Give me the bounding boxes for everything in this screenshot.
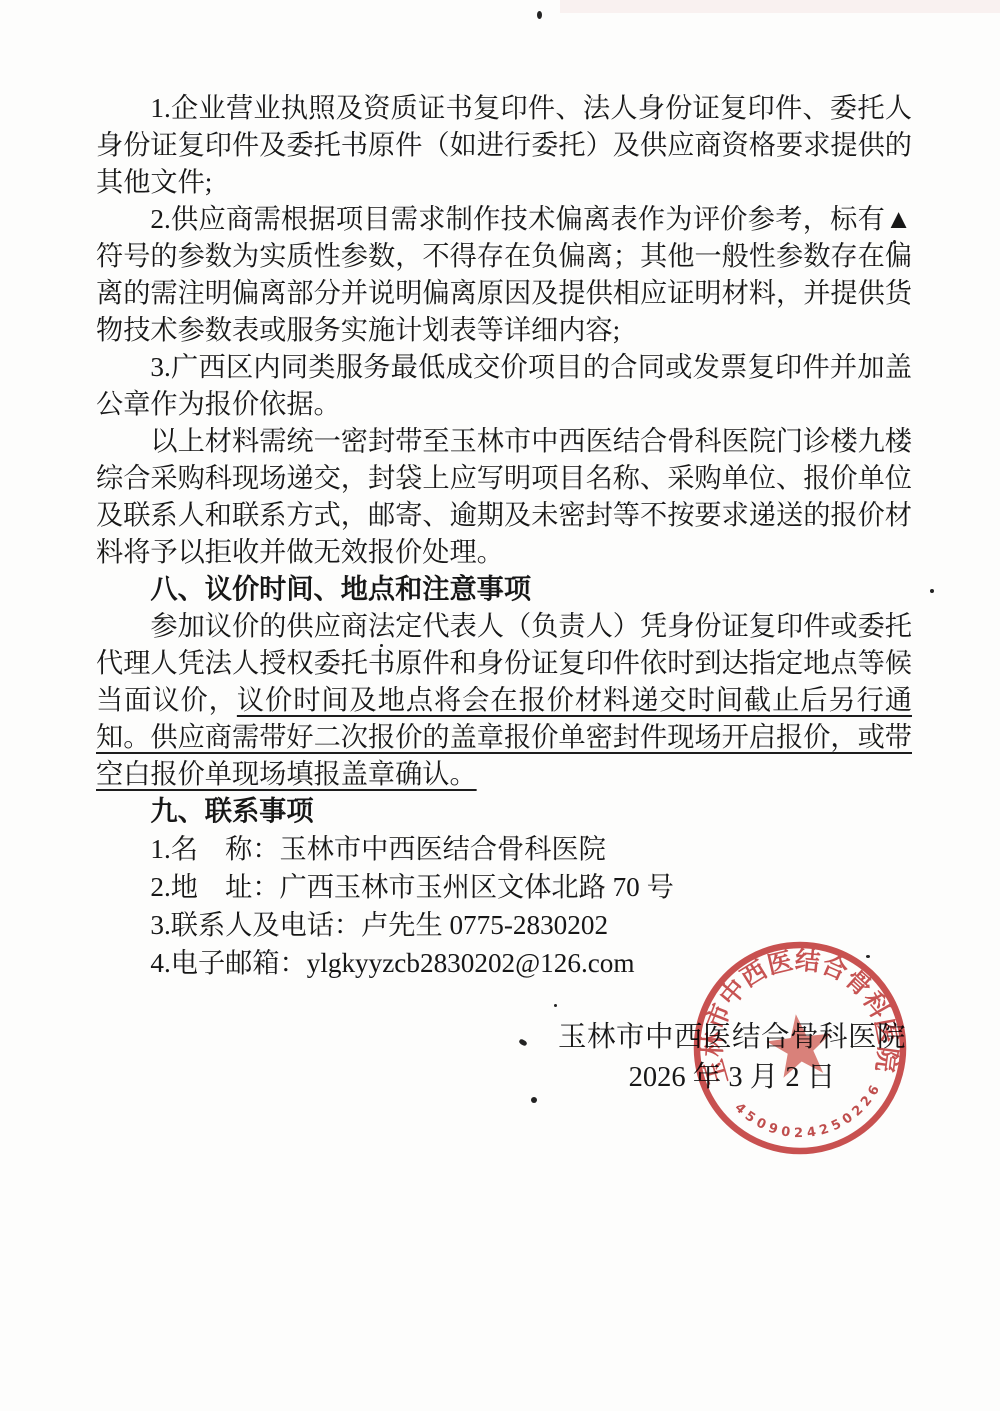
signature-block: 玉林市中西医结合骨科医院 2026 年 3 月 2 日: [558, 1018, 906, 1098]
contact-address: 2.地 址：广西玉林市玉州区文体北路 70 号: [96, 868, 912, 906]
paragraph-price-basis: 3.广西区内同类服务最低成交价项目的合同或发票复印件并加盖公章作为报价依据。: [96, 349, 912, 423]
paragraph-negotiation: 参加议价的供应商法定代表人（负责人）凭身份证复印件或委托代理人凭法人授权委托书原…: [96, 608, 912, 793]
paragraph-deviation-table: 2.供应商需根据项目需求制作技术偏离表作为评价参考，标有▲符号的参数为实质性参数…: [96, 201, 912, 349]
section-8-heading: 八、议价时间、地点和注意事项: [96, 571, 912, 608]
contact-phone: 3.联系人及电话：卢先生 0775-2830202: [96, 906, 912, 944]
scan-speck: [930, 589, 934, 593]
contact-name: 1.名 称：玉林市中西医结合骨科医院: [96, 830, 912, 868]
contact-email: 4.电子邮箱：ylgkyyzcb2830202@126.com: [96, 944, 912, 982]
scan-speck: [554, 1004, 557, 1007]
scan-speck: [518, 1038, 527, 1046]
scan-speck: [537, 11, 542, 19]
document-body: 1.企业营业执照及资质证书复印件、法人身份证复印件、委托人身份证复印件及委托书原…: [96, 90, 912, 982]
paragraph-required-docs: 1.企业营业执照及资质证书复印件、法人身份证复印件、委托人身份证复印件及委托书原…: [96, 90, 912, 201]
signature-organization: 玉林市中西医结合骨科医院: [558, 1018, 906, 1058]
scan-tint-artifact: [560, 0, 1000, 13]
scan-speck: [531, 1097, 537, 1103]
paragraph-submission: 以上材料需统一密封带至玉林市中西医结合骨科医院门诊楼九楼综合采购科现场递交，封袋…: [96, 423, 912, 571]
section-9-heading: 九、联系事项: [96, 793, 912, 830]
signature-date: 2026 年 3 月 2 日: [558, 1058, 906, 1098]
scanned-document-page: 1.企业营业执照及资质证书复印件、法人身份证复印件、委托人身份证复印件及委托书原…: [0, 0, 1000, 1411]
